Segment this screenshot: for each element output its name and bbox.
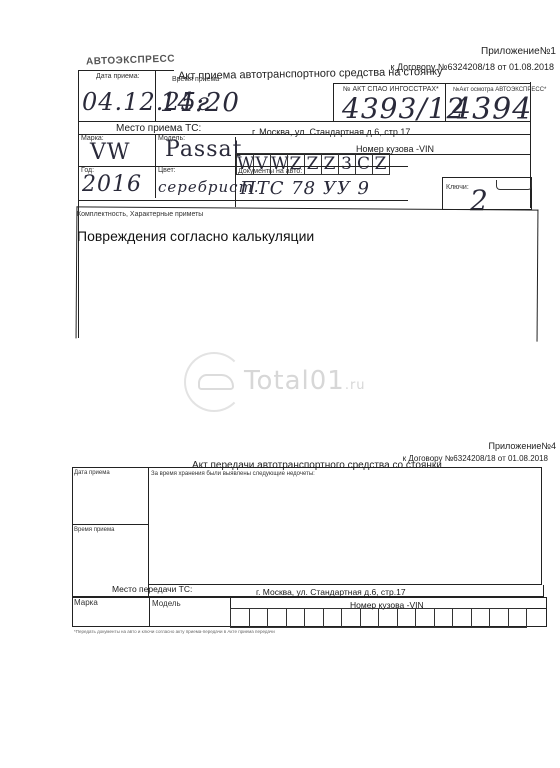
docs-label: Документы на авто: xyxy=(238,168,302,175)
brand-label-2: Марка xyxy=(74,598,98,607)
vin-empty-cell xyxy=(452,608,472,628)
vin-char-cell: C xyxy=(355,153,373,175)
appendix-1: Приложение№1 xyxy=(380,46,556,57)
time-value: 14:20 xyxy=(160,88,240,118)
vin-empty-cell xyxy=(286,608,306,628)
key-tag-icon xyxy=(496,180,532,190)
vin-empty-cell xyxy=(489,608,509,628)
vin-char-cell: Z xyxy=(372,153,390,175)
vin-char-cell: Z xyxy=(321,153,339,175)
vin-empty-cell xyxy=(434,608,454,628)
car-icon xyxy=(198,374,234,390)
vin-char-cell: Z xyxy=(304,153,322,175)
place-label-2: Место передачи ТС: xyxy=(112,584,192,594)
vin-empty-cell xyxy=(249,608,269,628)
vin-empty-cell xyxy=(341,608,361,628)
place-value: г. Москва, ул. Стандартная д.6, стр.17 xyxy=(252,127,410,137)
vin-empty-cell xyxy=(508,608,528,628)
vin-empty-cell xyxy=(397,608,417,628)
appendix-4: Приложение№4 xyxy=(380,441,556,451)
model-label-2: Модель xyxy=(152,599,181,608)
watermark-suffix: .ru xyxy=(345,378,366,393)
vin-empty-cell xyxy=(378,608,398,628)
avtoexpress-logo: АВТОЭКСПРЕСС xyxy=(86,53,175,67)
completeness-value: Повреждения согласно калькуляции xyxy=(77,228,314,244)
date-label: Дата приема: xyxy=(96,73,140,80)
year-value: 2016 xyxy=(82,172,142,197)
completeness-label: Комплектность, Характерные приметы xyxy=(77,211,203,218)
keys-label: Ключи: xyxy=(446,184,469,191)
place-value-2: г. Москва, ул. Стандартная д.6, стр.17 xyxy=(256,587,406,597)
docs-value: ПТС 78 УУ 9 xyxy=(240,178,370,199)
time-label-2: Время приема xyxy=(74,527,114,533)
vin-empty-cell xyxy=(323,608,343,628)
color-label: Цвет: xyxy=(158,167,176,174)
vin-empty-cell xyxy=(304,608,324,628)
model-value: Passat xyxy=(165,137,242,162)
vin-empty-cell xyxy=(267,608,287,628)
footnote: *Передать документы на авто и ключи согл… xyxy=(74,629,275,634)
time-label: Время приема xyxy=(172,76,219,83)
vin-empty-cell xyxy=(415,608,435,628)
vin-char-cell: 3 xyxy=(338,153,356,175)
defects-label: За время хранения были выявлены следующи… xyxy=(151,471,315,477)
watermark-text: Total01 xyxy=(244,366,345,396)
vin-empty-cell xyxy=(360,608,380,628)
place-label: Место приема ТС: xyxy=(116,123,201,134)
vin-empty-cell xyxy=(230,608,250,628)
brand-value: VW xyxy=(90,140,131,165)
date-label-2: Дата приема xyxy=(74,470,110,476)
vin-empty-cell xyxy=(471,608,491,628)
